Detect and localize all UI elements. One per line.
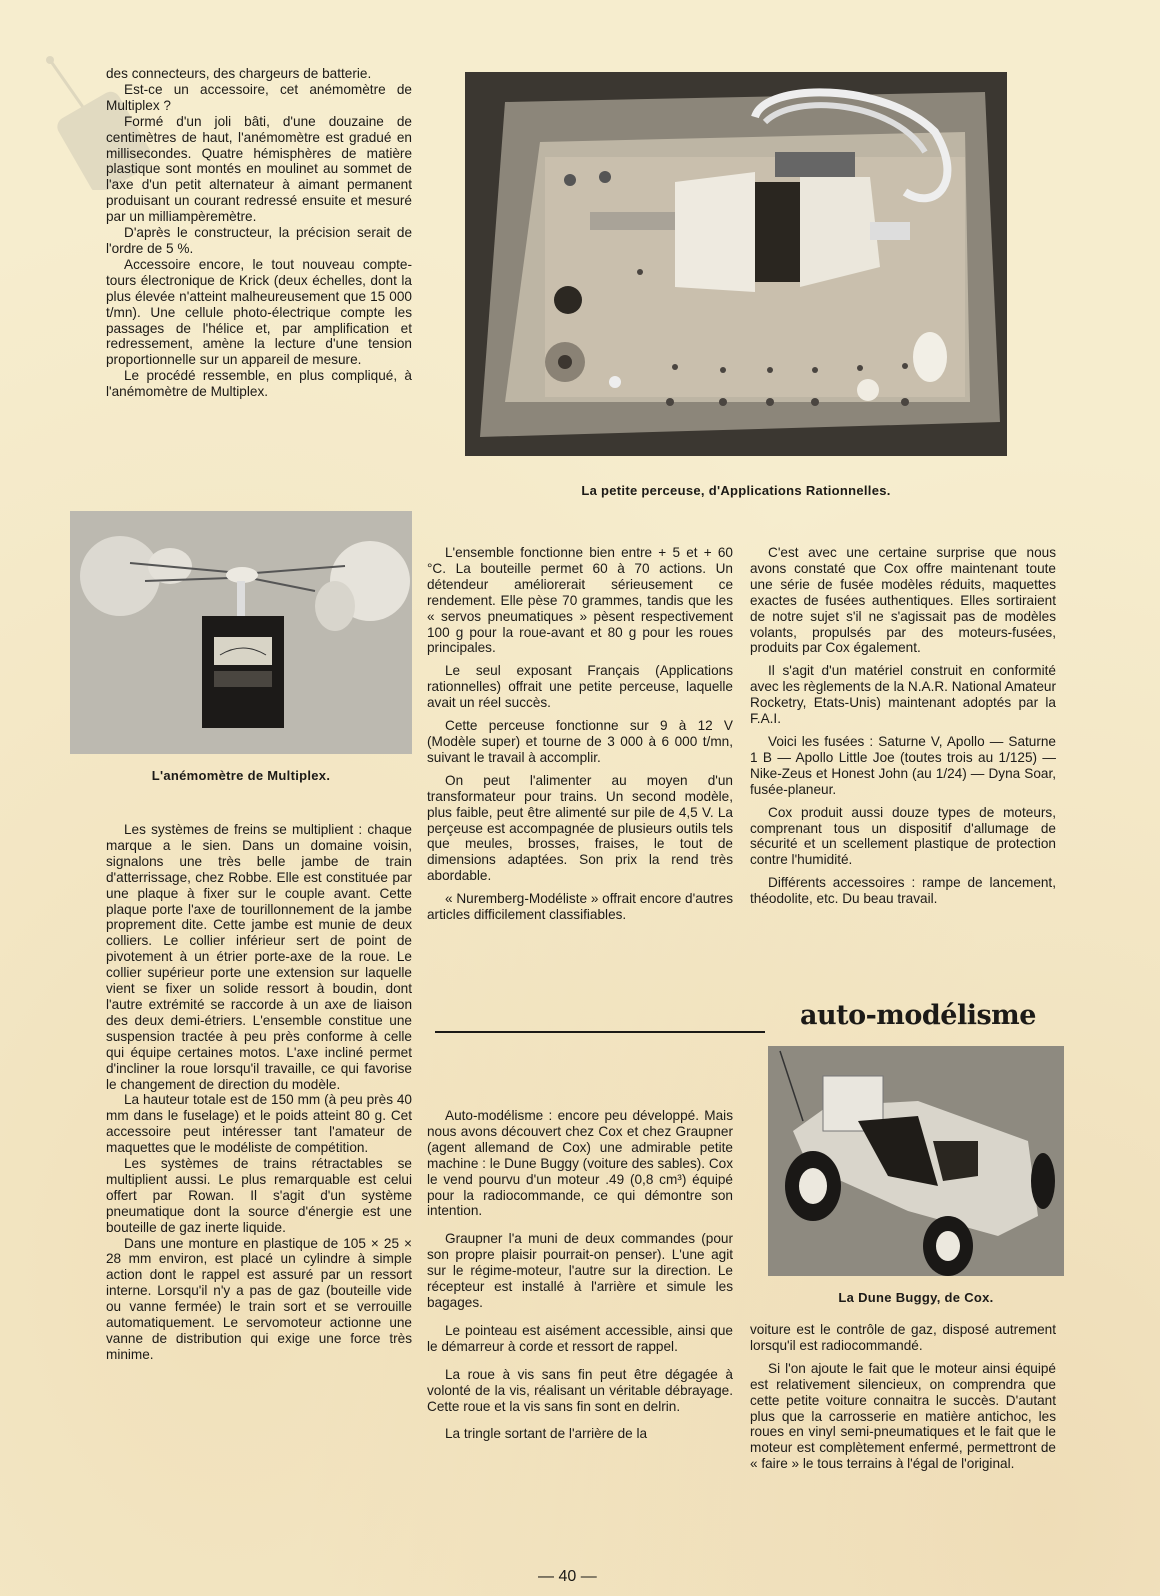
column-2-bottom-text: Auto-modélisme : encore peu développé. M… bbox=[427, 1108, 733, 1442]
paragraph: L'ensemble fonctionne bien entre + 5 et … bbox=[427, 545, 733, 656]
dune-buggy-photo bbox=[768, 1046, 1064, 1276]
paragraph: C'est avec une certaine surprise que nou… bbox=[750, 545, 1056, 656]
column-3-top-text: C'est avec une certaine surprise que nou… bbox=[750, 545, 1056, 907]
paragraph: Différents accessoires : rampe de lancem… bbox=[750, 875, 1056, 907]
drill-photo-caption: La petite perceuse, d'Applications Ratio… bbox=[465, 483, 1007, 498]
paragraph: Graupner l'a muni de deux commandes (pou… bbox=[427, 1231, 733, 1311]
paragraph: Dans une monture en plastique de 105 × 2… bbox=[106, 1236, 412, 1363]
paragraph: Les systèmes de trains rétractables se m… bbox=[106, 1156, 412, 1236]
drill-kit-photo-icon bbox=[465, 72, 1007, 456]
paragraph: voiture est le contrôle de gaz, disposé … bbox=[750, 1322, 1056, 1354]
paragraph: D'après le constructeur, la précision se… bbox=[106, 225, 412, 257]
paragraph: Voici les fusées : Saturne V, Apollo — S… bbox=[750, 734, 1056, 798]
section-divider bbox=[435, 1031, 765, 1033]
drill-kit-photo bbox=[465, 72, 1007, 456]
section-title: auto-modélisme bbox=[800, 1000, 1036, 1031]
paragraph: La roue à vis sans fin peut être dégagée… bbox=[427, 1367, 733, 1415]
column-3-bottom-text: voiture est le contrôle de gaz, disposé … bbox=[750, 1322, 1056, 1472]
paragraph: Il s'agit d'un matériel construit en con… bbox=[750, 663, 1056, 727]
paragraph: Les systèmes de freins se multiplient : … bbox=[106, 822, 412, 1092]
paragraph: Le pointeau est aisément accessible, ain… bbox=[427, 1323, 733, 1355]
paragraph: Si l'on ajoute le fait que le moteur ain… bbox=[750, 1361, 1056, 1472]
paragraph: Le seul exposant Français (Applications … bbox=[427, 663, 733, 711]
paragraph: Est-ce un accessoire, cet anémomètre de … bbox=[106, 82, 412, 114]
column-1-bottom-text: Les systèmes de freins se multiplient : … bbox=[106, 822, 412, 1363]
column-2-top-text: L'ensemble fonctionne bien entre + 5 et … bbox=[427, 545, 733, 923]
paragraph: Formé d'un joli bâti, d'une douzaine de … bbox=[106, 114, 412, 225]
buggy-photo-caption: La Dune Buggy, de Cox. bbox=[768, 1290, 1064, 1305]
paragraph: Cette perceuse fonctionne sur 9 à 12 V (… bbox=[427, 718, 733, 766]
paragraph: On peut l'alimenter au moyen d'un transf… bbox=[427, 773, 733, 884]
anemometer-photo-icon bbox=[70, 511, 412, 754]
paragraph: Accessoire encore, le tout nouveau compt… bbox=[106, 257, 412, 368]
paragraph: La hauteur totale est de 150 mm (à peu p… bbox=[106, 1092, 412, 1156]
column-1-top-text: des connecteurs, des chargeurs de batter… bbox=[106, 66, 412, 400]
paragraph: Auto-modélisme : encore peu développé. M… bbox=[427, 1108, 733, 1219]
paragraph: Le procédé ressemble, en plus compliqué,… bbox=[106, 368, 412, 400]
page-number: — 40 — bbox=[538, 1568, 597, 1586]
dune-buggy-photo-icon bbox=[768, 1046, 1064, 1276]
paragraph: La tringle sortant de l'arrière de la bbox=[427, 1426, 733, 1442]
anemometer-photo-caption: L'anémomètre de Multiplex. bbox=[70, 768, 412, 783]
paragraph: des connecteurs, des chargeurs de batter… bbox=[106, 66, 412, 82]
anemometer-photo bbox=[70, 511, 412, 754]
paragraph: « Nuremberg-Modéliste » offrait encore d… bbox=[427, 891, 733, 923]
paragraph: Cox produit aussi douze types de moteurs… bbox=[750, 805, 1056, 869]
